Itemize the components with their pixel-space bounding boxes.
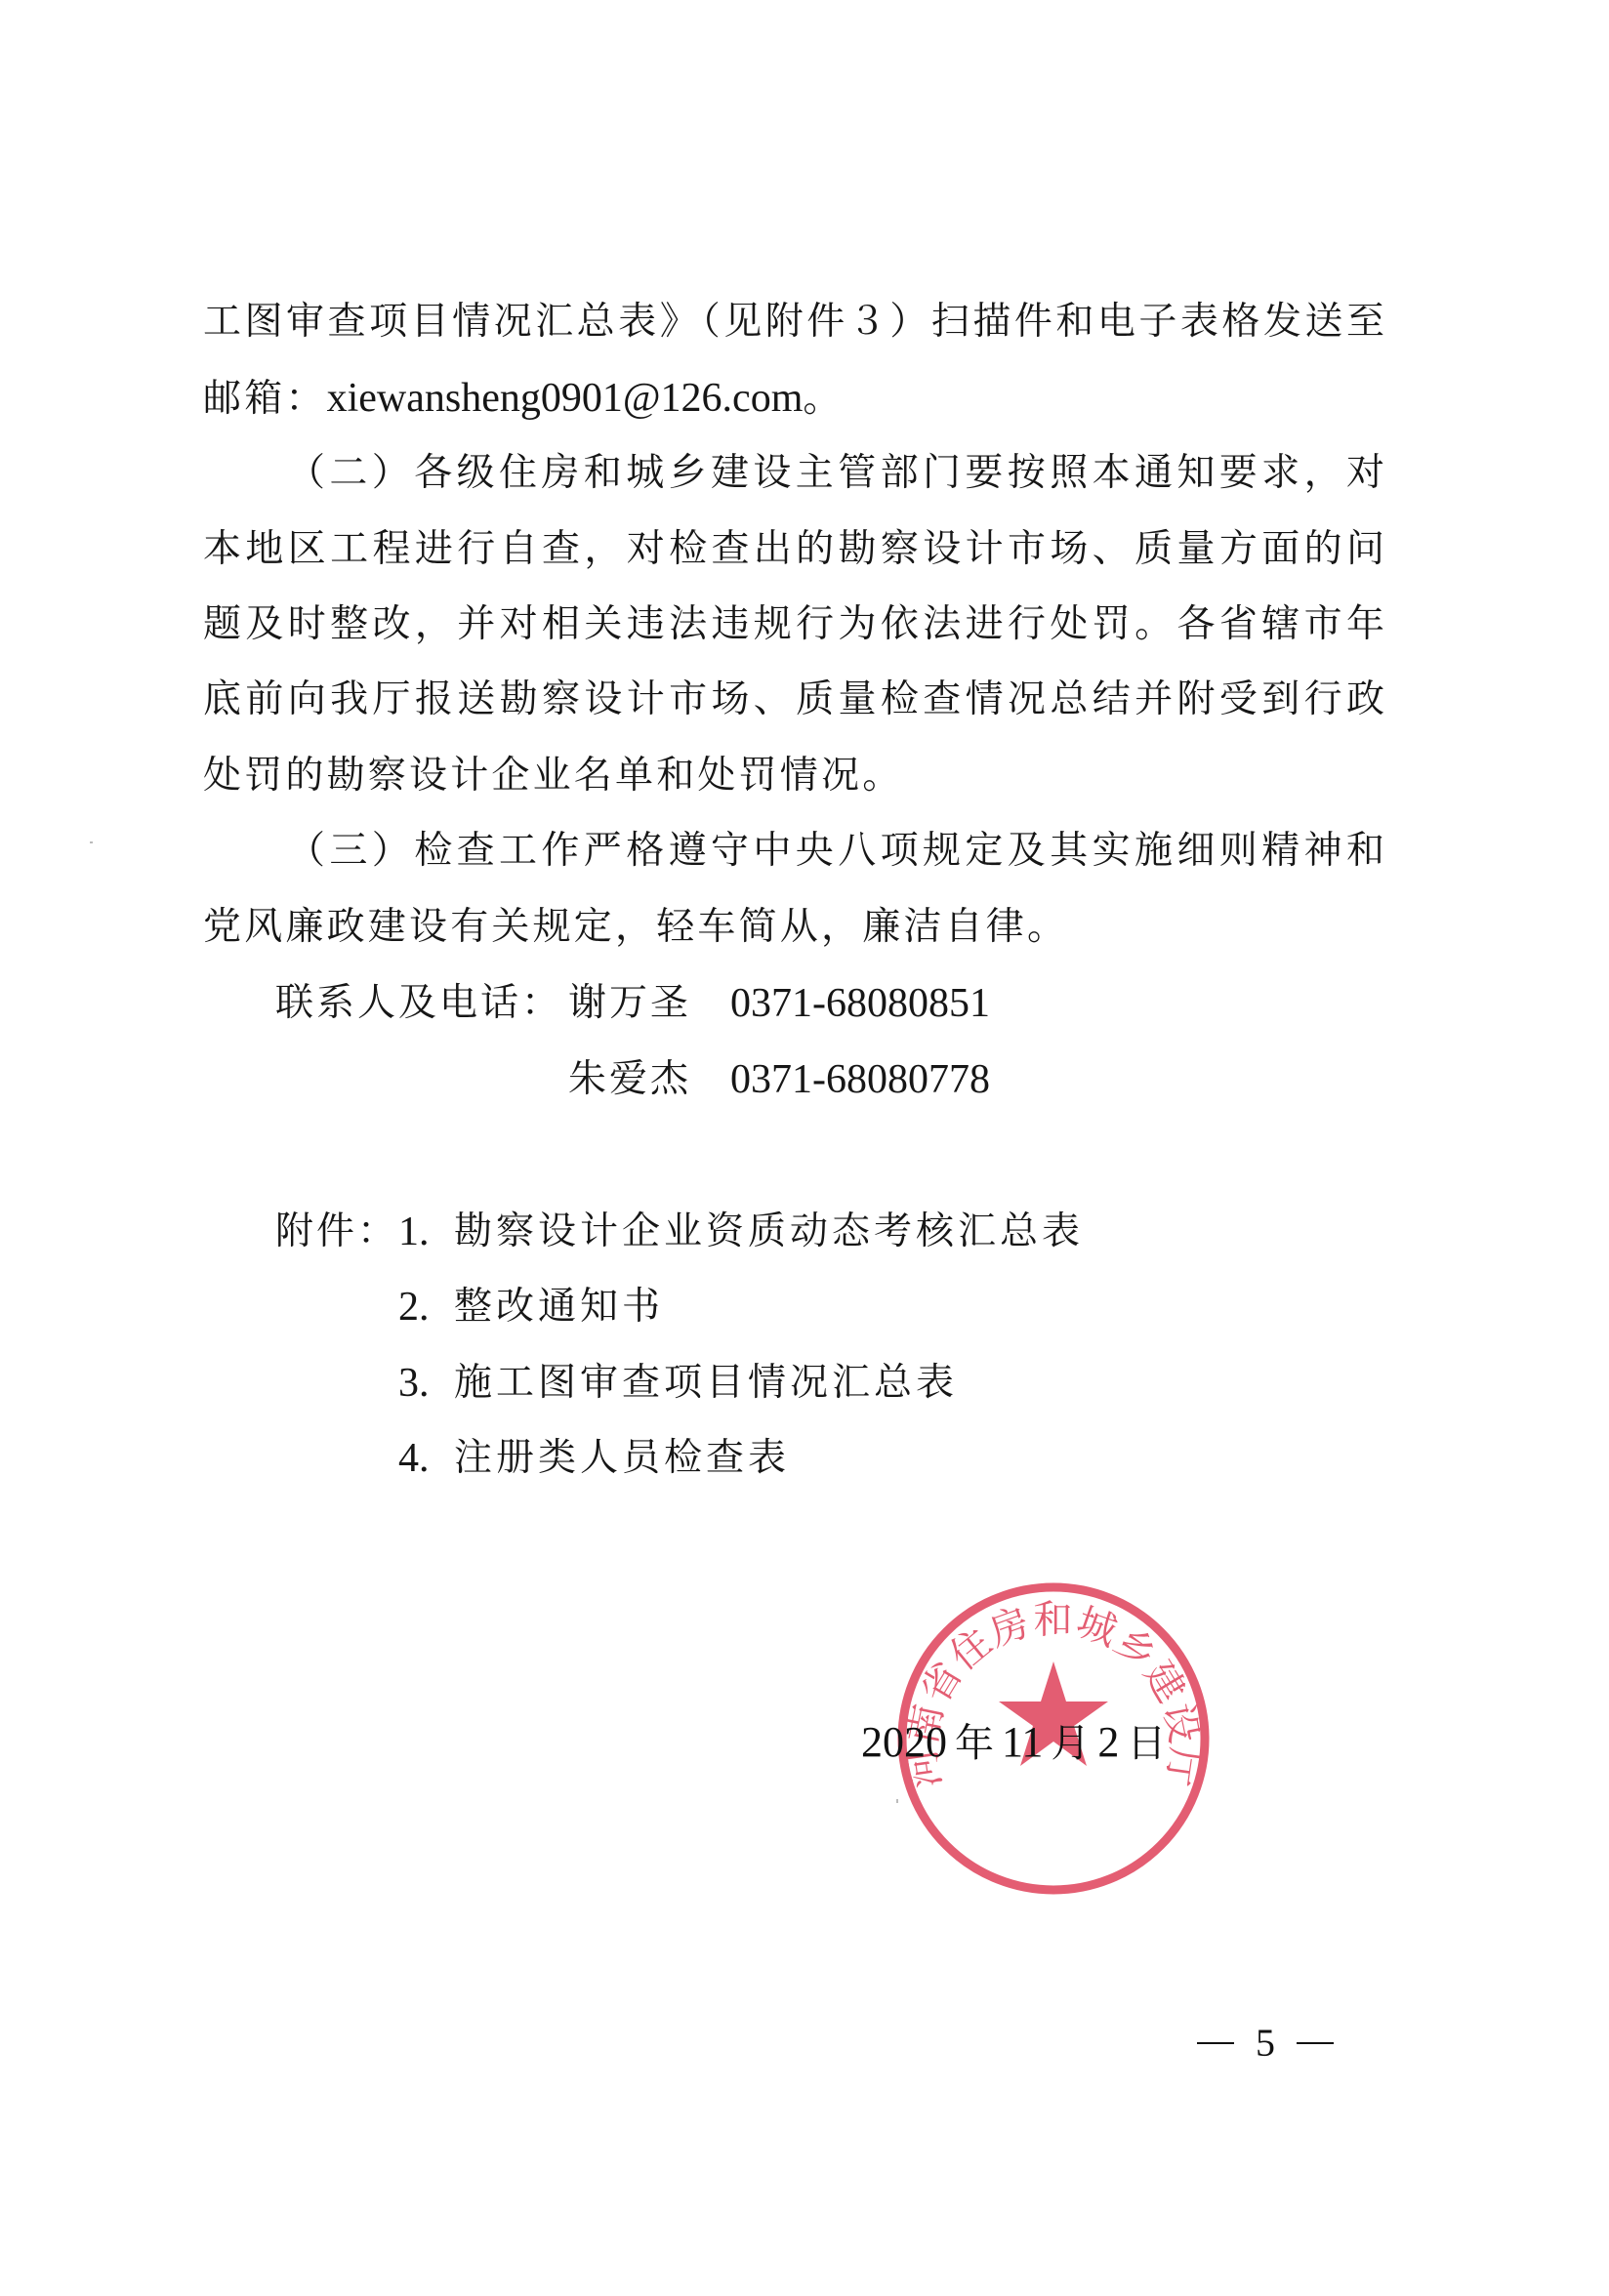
email-address: xiewansheng0901@126.com	[327, 376, 804, 421]
body-line: 工图审查项目情况汇总表》（见附件３）扫描件和电子表格发送至	[203, 299, 1384, 346]
attachment-title: 勘察设计企业资质动态考核汇总表	[454, 1209, 1084, 1255]
document-page: 工图审查项目情况汇总表》（见附件３）扫描件和电子表格发送至 邮箱：xiewans…	[0, 0, 1609, 2296]
date-year-char: 年	[947, 1721, 1002, 1766]
page-number: 5	[1197, 2019, 1334, 2068]
body-line: （二）各级住房和城乡建设主管部门要按照本通知要求，对	[287, 450, 1384, 497]
scan-speck	[896, 1799, 898, 1803]
date-day: 2	[1097, 1718, 1119, 1766]
page-number-value: 5	[1256, 2019, 1275, 2068]
dash-left	[1197, 2042, 1234, 2044]
contact-phone: 0371-68080778	[730, 1056, 990, 1103]
attachment-title: 整改通知书	[454, 1284, 664, 1331]
body-line: 本地区工程进行自查，对检查出的勘察设计市场、质量方面的问	[203, 526, 1384, 573]
date-year: 2020	[861, 1718, 947, 1766]
body-line: 党风廉政建设有关规定，轻车简从，廉洁自律。	[203, 904, 1384, 951]
attachment-number: 3.	[398, 1360, 430, 1407]
email-suffix: 。	[803, 377, 844, 421]
document-date: 2020年11月2日	[861, 1718, 1174, 1767]
attachment-title: 施工图审查项目情况汇总表	[454, 1360, 958, 1407]
attachment-number: 4.	[398, 1435, 430, 1482]
date-month-char: 月	[1043, 1721, 1097, 1766]
attachments-label: 附件：	[275, 1209, 398, 1255]
attachment-title: 注册类人员检查表	[454, 1435, 790, 1482]
body-line: （三）检查工作严格遵守中央八项规定及其实施细则精神和	[287, 828, 1384, 875]
contact-name: 朱爱杰	[568, 1056, 691, 1103]
email-line: 邮箱：xiewansheng0901@126.com。	[203, 375, 1384, 422]
contacts-label: 联系人及电话：	[275, 980, 562, 1027]
date-day-char: 日	[1119, 1721, 1174, 1766]
scan-speck	[90, 841, 93, 843]
contact-name: 谢万圣	[568, 980, 691, 1027]
email-label: 邮箱：	[203, 377, 327, 421]
attachment-number: 1.	[398, 1209, 430, 1255]
body-line: 题及时整改，并对相关违法违规行为依法进行处罚。各省辖市年	[203, 601, 1384, 648]
date-month: 11	[1002, 1718, 1043, 1766]
attachment-number: 2.	[398, 1284, 430, 1331]
body-line: 底前向我厅报送勘察设计市场、质量检查情况总结并附受到行政	[203, 676, 1384, 723]
body-line: 处罚的勘察设计企业名单和处罚情况。	[203, 753, 1384, 799]
dash-right	[1297, 2042, 1334, 2044]
contact-phone: 0371-68080851	[730, 980, 990, 1027]
